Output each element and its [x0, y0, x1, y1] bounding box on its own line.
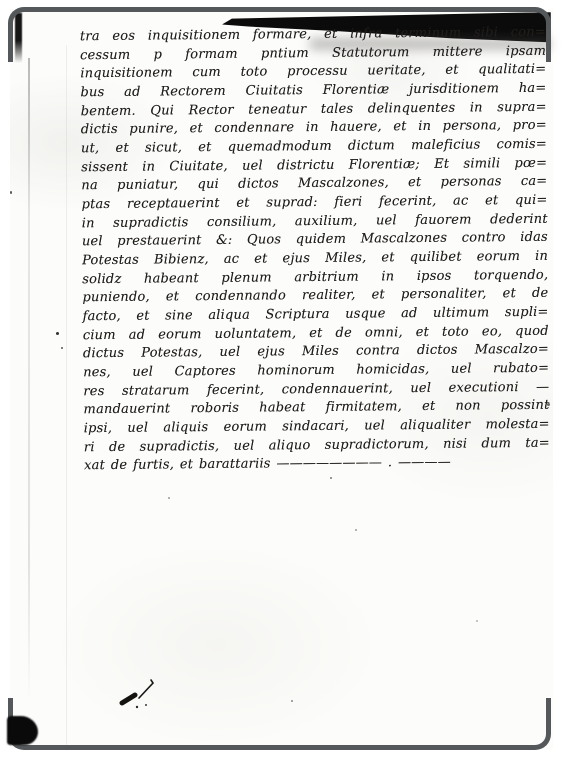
paper-crease-line	[66, 45, 67, 745]
manuscript-text-block: tra eos inquisitionem formare, et infra …	[80, 24, 550, 477]
frame-bottom-bracket	[8, 698, 551, 750]
paper-speck	[10, 191, 12, 194]
paper-speck	[56, 332, 59, 335]
scan-artifact-bottom-left	[7, 716, 38, 745]
paper-speck	[355, 529, 357, 531]
paper-speck	[476, 620, 478, 622]
manuscript-scan-screenshot: { "manuscript": { "lines": [ "tra eos in…	[0, 0, 563, 760]
page-edge-line	[28, 58, 30, 702]
paper-speck	[330, 477, 332, 479]
frame-top-bracket	[8, 7, 551, 62]
paper-speck	[61, 347, 63, 349]
paper-speck	[168, 497, 170, 499]
